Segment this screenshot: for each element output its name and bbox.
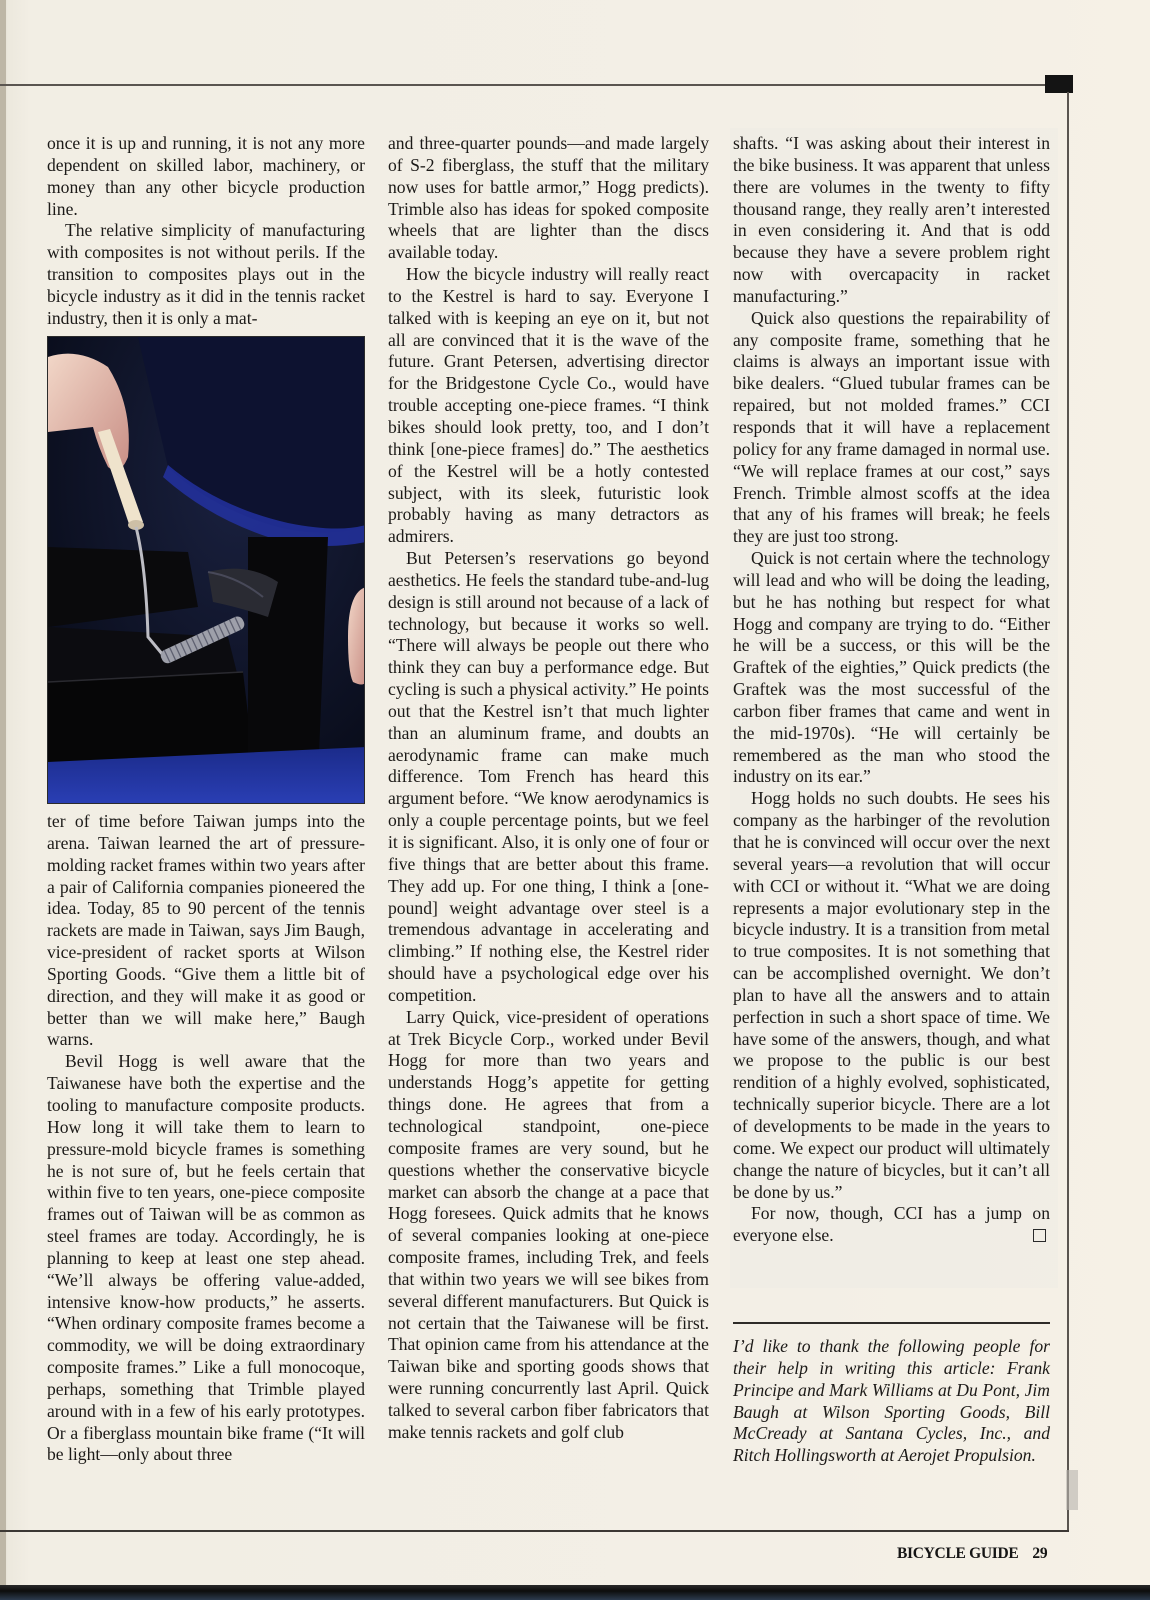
paragraph: Quick also questions the repairability o…	[733, 308, 1050, 548]
paragraph: ter of time before Taiwan jumps into the…	[47, 811, 365, 1051]
paragraph: But Petersen’s reservations go beyond ae…	[388, 548, 709, 1007]
paragraph: Bevil Hogg is well aware that the Taiwan…	[47, 1051, 365, 1466]
column-3: shafts. “I was asking about their intere…	[733, 133, 1050, 1247]
column-2: and three-quarter pounds—and made largel…	[388, 133, 709, 1444]
paragraph: The relative simplicity of manufacturing…	[47, 220, 365, 329]
top-rule	[0, 84, 1052, 86]
scan-artifact	[1066, 1470, 1078, 1510]
closing-paragraph: For now, though, CCI has a jump on every…	[733, 1203, 1050, 1247]
scan-bottom-shadow	[0, 1585, 1150, 1600]
acknowledgment-rule	[733, 1322, 1050, 1324]
paragraph: and three-quarter pounds—and made largel…	[388, 133, 709, 264]
page-number: 29	[1032, 1545, 1047, 1562]
paragraph: shafts. “I was asking about their intere…	[733, 133, 1050, 308]
binding-edge	[0, 0, 6, 1600]
corner-block-ornament	[1045, 75, 1073, 93]
bottom-rule	[0, 1530, 1069, 1532]
end-of-article-square-icon	[1033, 1229, 1046, 1242]
article-photo	[47, 336, 365, 804]
paragraph: Hogg holds no such doubts. He sees his c…	[733, 788, 1050, 1203]
right-rule	[1067, 92, 1069, 1532]
paragraph: Quick is not certain where the technolog…	[733, 548, 1050, 788]
magazine-name: BICYCLE GUIDE	[897, 1545, 1018, 1562]
photo-icon	[48, 337, 365, 804]
paragraph: once it is up and running, it is not any…	[47, 133, 365, 220]
folio: BICYCLE GUIDE29	[897, 1545, 1047, 1563]
column-1-continued: ter of time before Taiwan jumps into the…	[47, 811, 365, 1466]
closing-text: For now, though, CCI has a jump on every…	[733, 1203, 1050, 1245]
paragraph: How the bicycle industry will really rea…	[388, 264, 709, 548]
paragraph: Larry Quick, vice-president of operation…	[388, 1007, 709, 1444]
column-1: once it is up and running, it is not any…	[47, 133, 365, 330]
acknowledgment: I’d like to thank the following people f…	[733, 1336, 1050, 1467]
